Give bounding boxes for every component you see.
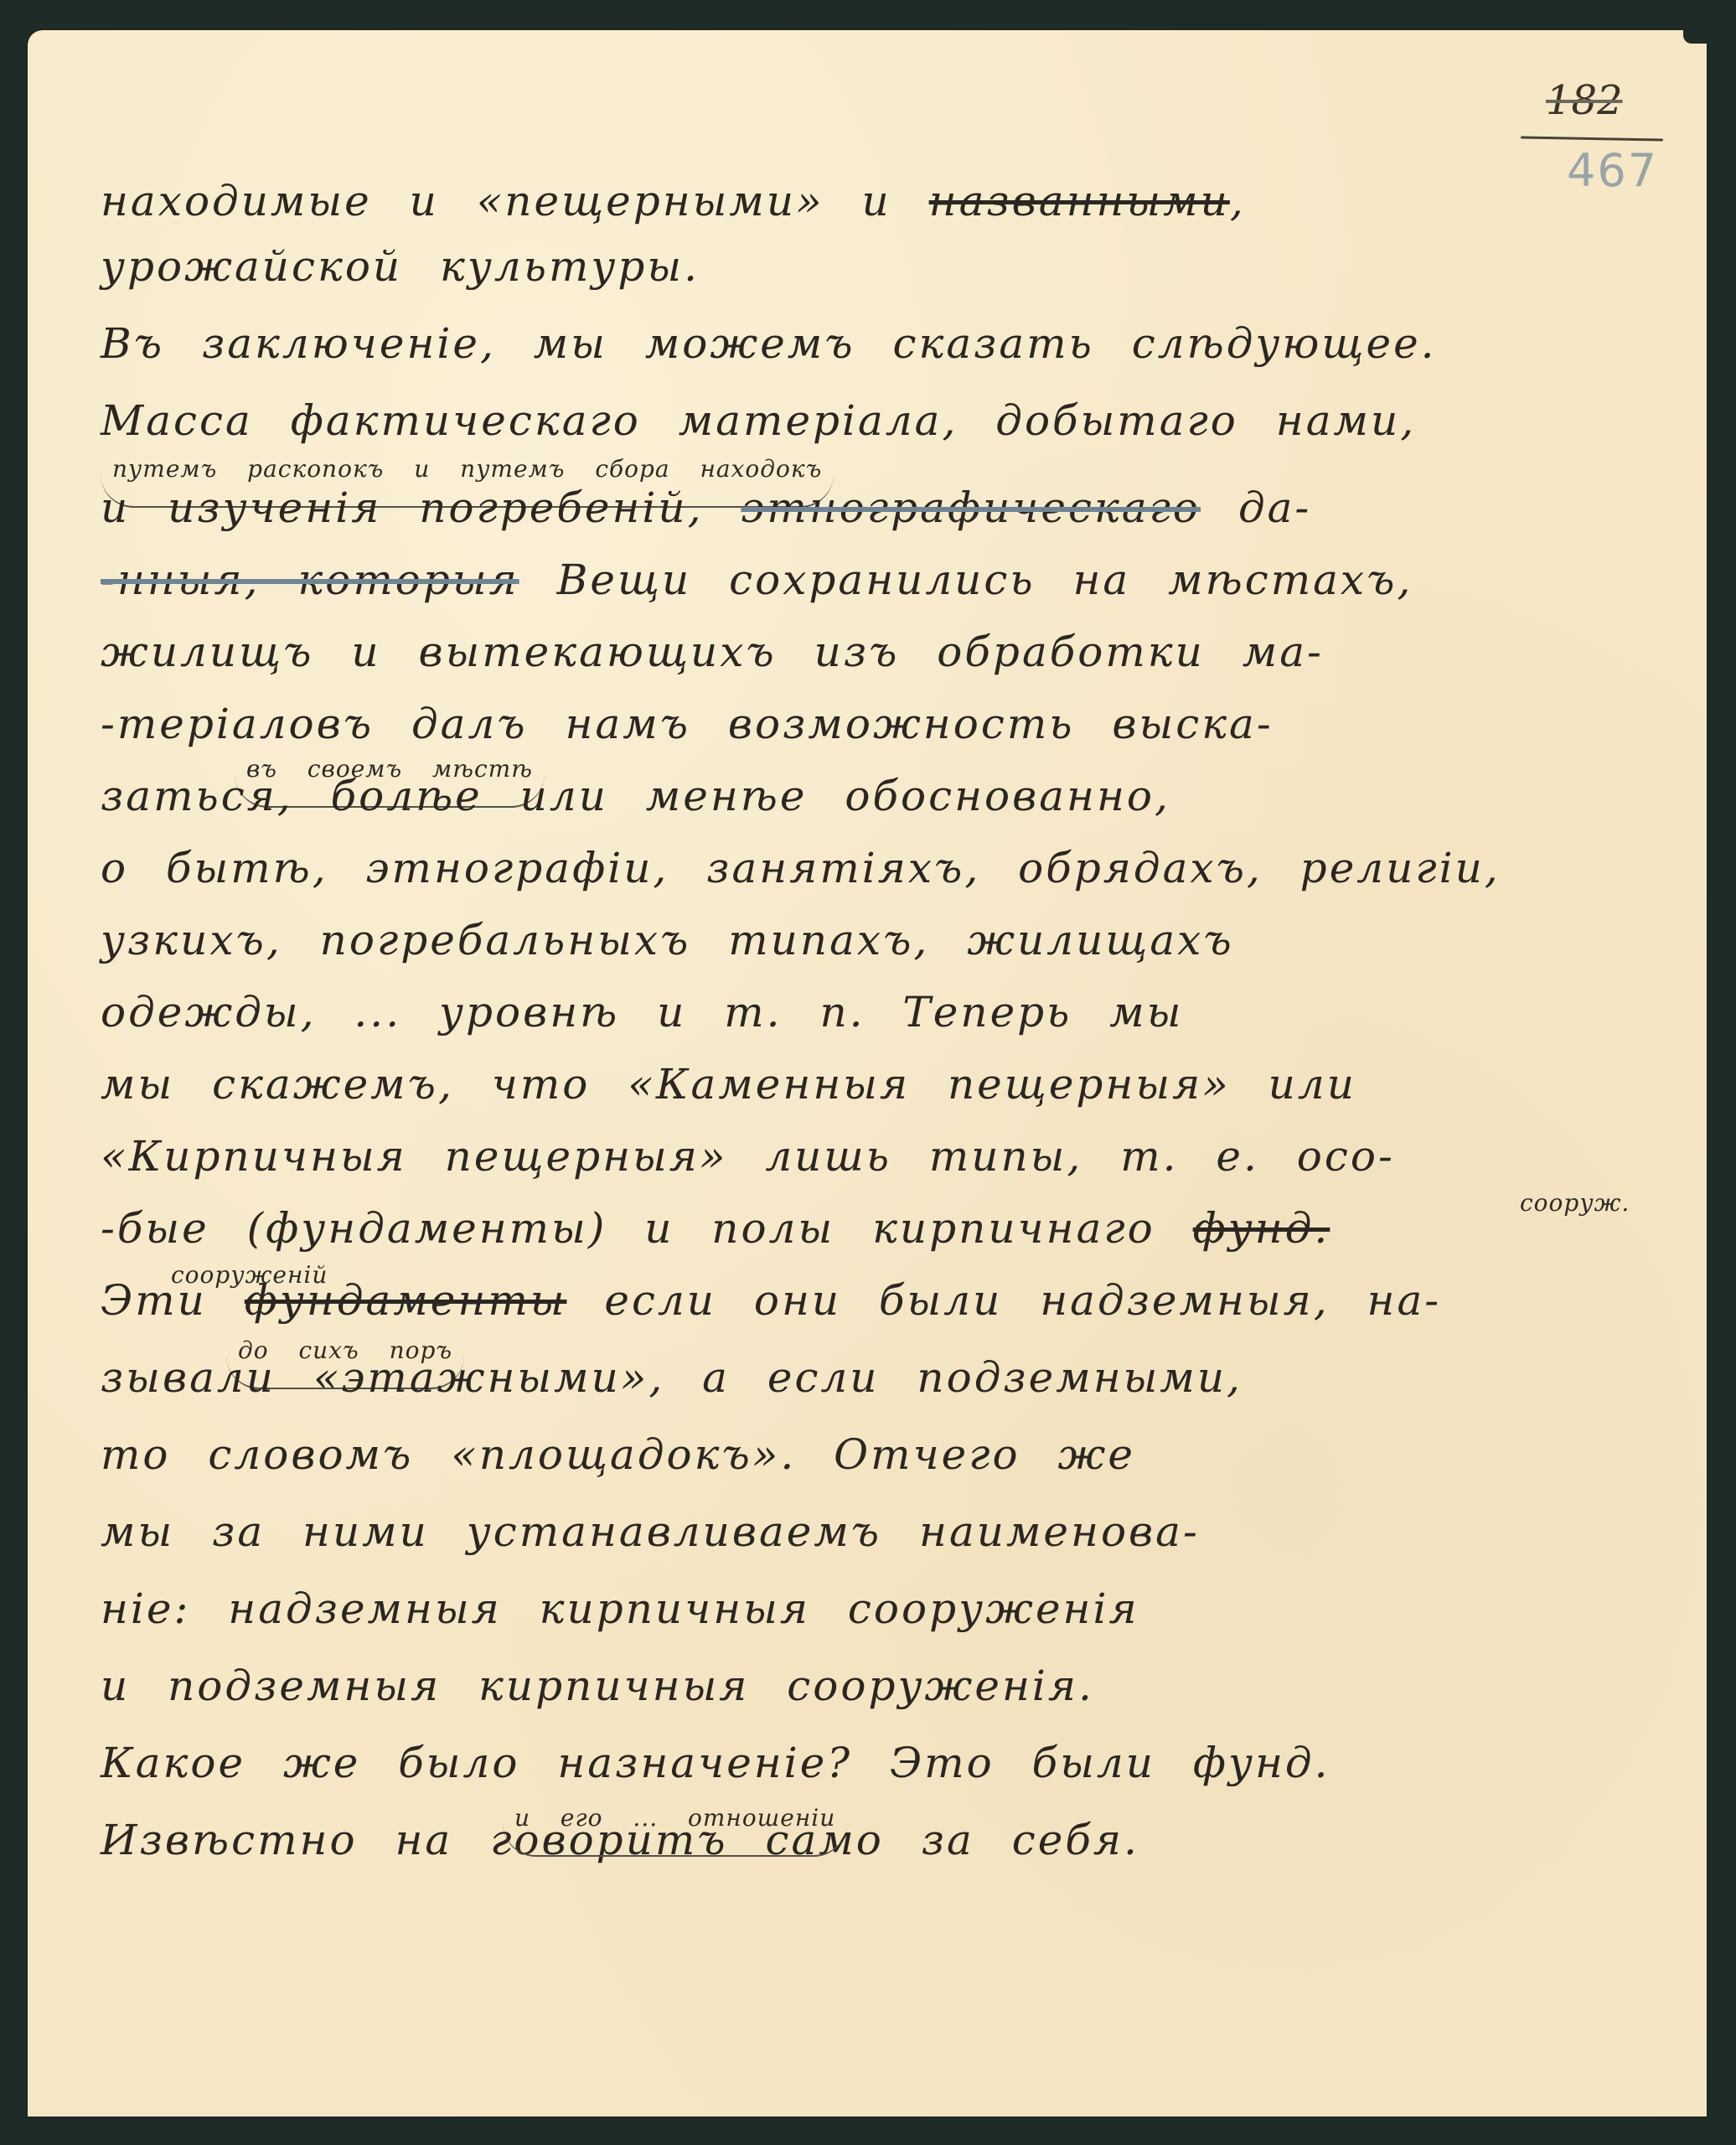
line-text: «Кирпичныя пещерныя» лишь типы, т. е. ос… [101,1132,1395,1181]
struck-word: фунд. [1193,1204,1330,1253]
line-text: и изученія погребеній, [101,483,704,532]
original-page-number: 182 [1546,77,1623,124]
line-tail: Вещи сохранились на мѣстахъ, [557,556,1413,604]
struck-word: этнографическаго [741,483,1201,532]
line-text: о бытѣ, этнографіи, занятіяхъ, обрядахъ,… [101,844,1501,892]
struck-word: названными [929,177,1230,225]
text-line-8: -теріаловъ далъ намъ возможность выска- … [101,690,1667,757]
line-text: урожайской культуры. [101,242,700,291]
interlinear-insertion: сооруженій [159,1242,339,1312]
line-text: зывали «этажными», а если подземными, [101,1353,1243,1402]
text-line-20: ніе: надземныя кирпичныя сооруженія [101,1575,1667,1642]
text-line-23: Извѣстно на и его ... отношеніи говоритъ… [101,1806,1667,1874]
interlinear-insertion: и его ... отношеніи [503,1785,847,1857]
line-tail: , [1230,177,1246,225]
text-line-6: -нныя, которыя Вещи сохранились на мѣста… [101,546,1667,613]
text-line-12: одежды, ... уровнѣ и т. п. Теперь мы [101,979,1667,1046]
manuscript-text: находимые и «пещерными» и названными, ур… [101,168,1667,1709]
text-line-10: о бытѣ, этнографіи, занятіяхъ, обрядахъ,… [101,835,1667,902]
torn-corner [1683,28,1708,44]
text-line-1: находимые и «пещерными» и названными, [101,168,1667,235]
interlinear-insertion: сооруж. [1508,1170,1641,1240]
text-line-7: жилищъ и вытекающихъ изъ обработки ма- [101,618,1667,685]
line-text: одежды, ... уровнѣ и т. п. Теперь мы [101,988,1183,1036]
line-text: Какое же было назначеніе? Это были фунд. [101,1739,1330,1787]
text-line-19: мы за ними устанавливаемъ наименова- [101,1498,1667,1565]
text-line-17: зывали «этажными», а если подземными, [101,1344,1667,1411]
line-text: находимые и «пещерными» и [101,177,891,225]
line-text: то словомъ «площадокъ». Отчего же [101,1430,1135,1479]
line-text: жилищъ и вытекающихъ изъ обработки ма- [101,628,1324,676]
line-text: мы скажемъ, что «Каменныя пещерныя» или [101,1060,1356,1109]
text-line-16: Эти фундаменты если они были надземныя, … [101,1267,1667,1334]
page-number-underline [1521,137,1663,142]
text-line-21: и подземныя кирпичныя сооруженія. [101,1652,1667,1719]
line-text: заться, болѣе или менѣе обоснованно, [101,772,1170,820]
text-line-9: заться, болѣе или менѣе обоснованно, [101,762,1667,830]
line-text: Въ заключеніе, мы можемъ сказать слѣдующ… [101,319,1437,368]
line-text: и подземныя кирпичныя сооруженія. [101,1662,1094,1710]
text-line-18: то словомъ «площадокъ». Отчего же [101,1421,1667,1488]
line-text: Извѣстно на [101,1816,452,1864]
line-text: ніе: надземныя кирпичныя сооруженія [101,1584,1139,1633]
text-line-13: мы скажемъ, что «Каменныя пещерныя» или [101,1051,1667,1118]
text-line-22: Какое же было назначеніе? Это были фунд. [101,1729,1667,1796]
text-line-11: узкихъ, погребальныхъ типахъ, жилищахъ [101,907,1667,974]
text-line-2: урожайской культуры. [101,233,1667,300]
line-tail: да- [1238,483,1311,532]
text-line-5: и изученія погребеній, этнографическаго … [101,474,1667,541]
struck-word: -нныя, которыя [101,556,519,604]
text-line-3: Въ заключеніе, мы можемъ сказать слѣдующ… [101,310,1667,377]
line-text: мы за ними устанавливаемъ наименова- [101,1507,1200,1556]
text-line-14: «Кирпичныя пещерныя» лишь типы, т. е. ос… [101,1123,1667,1190]
line-text: узкихъ, погребальныхъ типахъ, жилищахъ [101,916,1234,964]
text-line-4: Масса фактическаго матеріала, добытаго н… [101,387,1667,454]
line-tail: если они были надземныя, на- [604,1276,1441,1325]
